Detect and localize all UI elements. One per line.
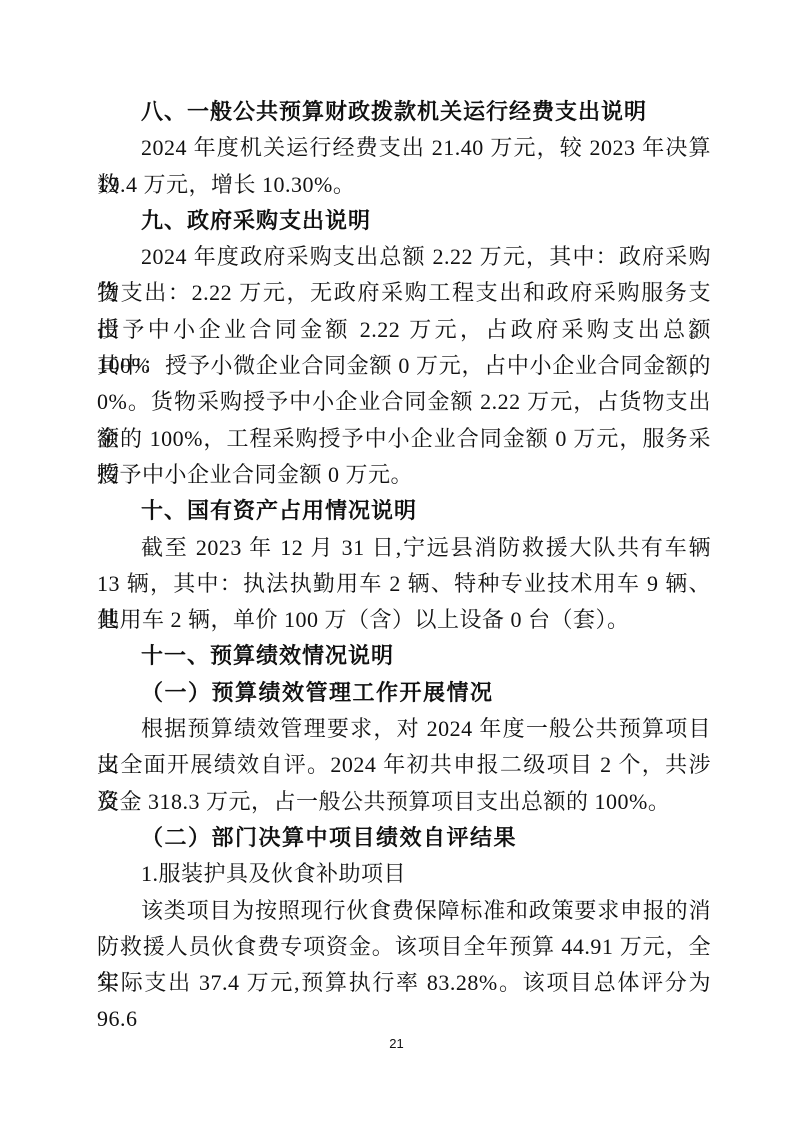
paragraph-line: 实际支出 37.4 万元,预算执行率 83.28%。该项目总体评分为 96.6 <box>97 965 711 1001</box>
paragraph-line: 防救援人员伙食费专项资金。该项目全年预算 44.91 万元，全年 <box>97 929 711 965</box>
subheading-part-2: （二）部门决算中项目绩效自评结果 <box>97 820 711 856</box>
heading-section-10: 十、国有资产占用情况说明 <box>97 493 711 529</box>
paragraph-line: 其中：授予小微企业合同金额 0 万元，占中小企业合同金额的 <box>97 348 711 384</box>
paragraph-line: 授予中小企业合同金额 0 万元。 <box>97 457 711 493</box>
paragraph-line: 2024 年度机关运行经费支出 21.40 万元，较 2023 年决算数 <box>97 130 711 166</box>
paragraph-line: 他用车 2 辆，单价 100 万（含）以上设备 0 台（套）。 <box>97 602 711 638</box>
paragraph-line: 19.4 万元，增长 10.30%。 <box>97 167 711 203</box>
paragraph-line: 0%。货物采购授予中小企业合同金额 2.22 万元，占货物支出金 <box>97 384 711 420</box>
paragraph-line: 资金 318.3 万元，占一般公共预算项目支出总额的 100%。 <box>97 784 711 820</box>
paragraph-line: 额的 100%，工程采购授予中小企业合同金额 0 万元，服务采购 <box>97 421 711 457</box>
paragraph-line: 该类项目为按照现行伙食费保障标准和政策要求申报的消 <box>97 893 711 929</box>
document-page: 八、一般公共预算财政拨款机关运行经费支出说明 2024 年度机关运行经费支出 2… <box>0 0 793 1122</box>
paragraph-line: 截至 2023 年 12 月 31 日,宁远县消防救援大队共有车辆 <box>97 530 711 566</box>
heading-section-8: 八、一般公共预算财政拨款机关运行经费支出说明 <box>97 94 711 130</box>
paragraph-line: 2024 年度政府采购支出总额 2.22 万元，其中：政府采购货 <box>97 239 711 275</box>
subheading-part-1: （一）预算绩效管理工作开展情况 <box>97 675 711 711</box>
document-body: 八、一般公共预算财政拨款机关运行经费支出说明 2024 年度机关运行经费支出 2… <box>97 94 711 1001</box>
paragraph-line: 根据预算绩效管理要求，对 2024 年度一般公共预算项目支 <box>97 711 711 747</box>
page-number: 21 <box>0 1036 793 1051</box>
paragraph-line: 物支出：2.22 万元，无政府采购工程支出和政府采购服务支出。 <box>97 275 711 311</box>
heading-section-9: 九、政府采购支出说明 <box>97 203 711 239</box>
list-item-title: 1.服装护具及伙食补助项目 <box>97 856 711 892</box>
paragraph-line: 13 辆，其中：执法执勤用车 2 辆、特种专业技术用车 9 辆、其 <box>97 566 711 602</box>
paragraph-line: 出全面开展绩效自评。2024 年初共申报二级项目 2 个，共涉及 <box>97 747 711 783</box>
heading-section-11: 十一、预算绩效情况说明 <box>97 638 711 674</box>
paragraph-line: 授予中小企业合同金额 2.22 万元，占政府采购支出总额 100%， <box>97 312 711 348</box>
